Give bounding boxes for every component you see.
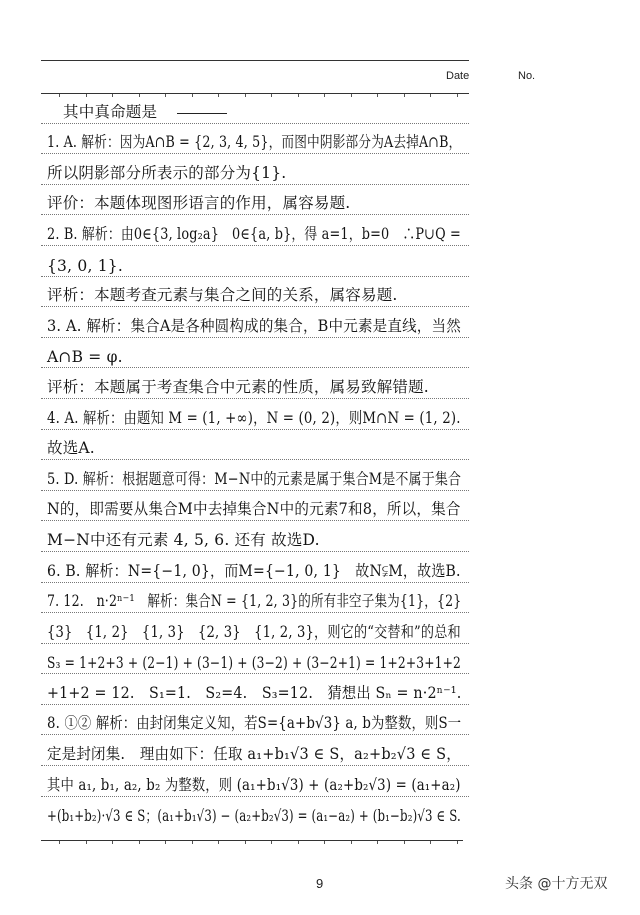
handwritten-line: 1. A. 解析：因为A∩B = {2, 3, 4, 5}，而图中阴影部分为A去… xyxy=(41,124,469,155)
handwritten-line: 其中真命题是 xyxy=(41,93,469,124)
page-number: 9 xyxy=(316,876,323,891)
handwritten-text: 其中 a₁, b₁, a₂, b₂ 为整数，则 (a₁+b₁√3) + (a₂+… xyxy=(47,773,461,795)
bottom-tick-marks xyxy=(41,841,469,845)
handwritten-text: 7. 12. n·2ⁿ⁻¹ 解析：集合N = {1, 2, 3}的所有非空子集为… xyxy=(47,589,461,611)
handwritten-text: 评析：本题属于考查集合中元素的性质，属易致解错题. xyxy=(47,375,429,397)
handwritten-line: +(b₁+b₂)·√3 ∈ S；(a₁+b₁√3) − (a₂+b₂√3) = … xyxy=(41,797,469,828)
handwritten-line: A∩B = φ. xyxy=(41,338,469,369)
date-label: Date xyxy=(446,70,469,82)
tick-mark xyxy=(139,841,140,844)
handwritten-line: 评析：本题考查元素与集合之间的关系，属容易题. xyxy=(41,277,469,308)
tick-mark xyxy=(245,841,246,844)
number-label: No. xyxy=(518,70,535,82)
handwritten-line: {3} {1, 2} {1, 3} {2, 3} {1, 2, 3}，则它的“交… xyxy=(41,613,469,644)
handwritten-line: 所以阴影部分所表示的部分为{1}. xyxy=(41,154,469,185)
handwritten-line: 7. 12. n·2ⁿ⁻¹ 解析：集合N = {1, 2, 3}的所有非空子集为… xyxy=(41,583,469,614)
tick-mark xyxy=(192,841,193,844)
handwritten-text: +(b₁+b₂)·√3 ∈ S；(a₁+b₁√3) − (a₂+b₂√3) = … xyxy=(47,804,461,826)
handwritten-line: {3, 0, 1}. xyxy=(41,246,469,277)
tick-mark xyxy=(86,841,87,844)
handwritten-line: N的，即需要从集合M中去掉集合N中的元素7和8，所以，集合 xyxy=(41,491,469,522)
answer-blank xyxy=(177,113,227,114)
tick-mark xyxy=(165,841,166,844)
tick-mark xyxy=(457,841,458,844)
tick-mark xyxy=(430,841,431,844)
tick-mark xyxy=(298,841,299,844)
handwritten-line: 8. ①② 解析：由封闭集定义知，若S={a+b√3} a, b为整数，则S一 xyxy=(41,705,469,736)
tick-mark xyxy=(377,841,378,844)
handwritten-text: A∩B = φ. xyxy=(47,348,123,366)
handwritten-text: 3. A. 解析：集合A是各种圆构成的集合，B中元素是直线，当然 xyxy=(47,314,461,336)
tick-mark xyxy=(112,841,113,844)
handwritten-line: 评价：本题体现图形语言的作用，属容易题. xyxy=(41,185,469,216)
tick-mark xyxy=(218,841,219,844)
handwritten-text: 故选A. xyxy=(47,436,95,458)
handwritten-text: M−N中还有元素 4, 5, 6. 还有 故选D. xyxy=(47,528,320,550)
tick-mark xyxy=(324,841,325,844)
handwritten-text: S₃ = 1+2+3 + (2−1) + (3−1) + (3−2) + (3−… xyxy=(47,654,461,672)
watermark: 头条 @十方无双 xyxy=(505,873,607,893)
handwritten-text: 评价：本题体现图形语言的作用，属容易题. xyxy=(47,191,350,213)
handwritten-text: 2. B. 解析：由0∈{3, log₂a} 0∈{a, b}，得 a=1，b=… xyxy=(47,222,461,244)
handwritten-line: 5. D. 解析：根据题意可得：M−N中的元素是属于集合M是不属于集合 xyxy=(41,460,469,491)
tick-mark xyxy=(351,841,352,844)
handwritten-line: M−N中还有元素 4, 5, 6. 还有 故选D. xyxy=(41,521,469,552)
handwritten-text: 4. A. 解析：由题知 M = (1, +∞)，N = (0, 2)，则M∩N… xyxy=(47,406,461,428)
handwritten-line: 2. B. 解析：由0∈{3, log₂a} 0∈{a, b}，得 a=1，b=… xyxy=(41,215,469,246)
handwritten-text: 5. D. 解析：根据题意可得：M−N中的元素是属于集合M是不属于集合 xyxy=(47,467,461,489)
handwritten-text: {3, 0, 1}. xyxy=(47,257,123,275)
handwritten-text: 1. A. 解析：因为A∩B = {2, 3, 4, 5}，而图中阴影部分为A去… xyxy=(47,130,461,152)
handwritten-text: 所以阴影部分所表示的部分为{1}. xyxy=(47,161,286,183)
handwritten-line: 其中 a₁, b₁, a₂, b₂ 为整数，则 (a₁+b₁√3) + (a₂+… xyxy=(41,766,469,797)
handwritten-text: {3} {1, 2} {1, 3} {2, 3} {1, 2, 3}，则它的“交… xyxy=(47,620,461,642)
tick-mark xyxy=(59,841,60,844)
handwritten-line: 定是封闭集. 理由如下：任取 a₁+b₁√3 ∈ S，a₂+b₂√3 ∈ S， xyxy=(41,735,469,766)
handwritten-text: 评析：本题考查元素与集合之间的关系，属容易题. xyxy=(47,283,398,305)
handwritten-line: 6. B. 解析：N={−1, 0}，而M={−1, 0, 1} 故N⫋M，故选… xyxy=(41,552,469,583)
handwritten-text: 6. B. 解析：N={−1, 0}，而M={−1, 0, 1} 故N⫋M，故选… xyxy=(47,559,461,581)
handwritten-line: +1+2 = 12. S₁=1. S₂=4. S₃=12. 猜想出 Sₙ = n… xyxy=(41,674,469,705)
top-border-line xyxy=(41,60,469,61)
handwritten-text: +1+2 = 12. S₁=1. S₂=4. S₃=12. 猜想出 Sₙ = n… xyxy=(47,681,461,703)
tick-mark xyxy=(404,841,405,844)
handwritten-text: N的，即需要从集合M中去掉集合N中的元素7和8，所以，集合 xyxy=(47,497,461,519)
tick-mark xyxy=(271,841,272,844)
handwritten-text: 8. ①② 解析：由封闭集定义知，若S={a+b√3} a, b为整数，则S一 xyxy=(47,711,461,733)
handwritten-line: 3. A. 解析：集合A是各种圆构成的集合，B中元素是直线，当然 xyxy=(41,307,469,338)
handwritten-line: 4. A. 解析：由题知 M = (1, +∞)，N = (0, 2)，则M∩N… xyxy=(41,399,469,430)
handwritten-line: S₃ = 1+2+3 + (2−1) + (3−1) + (3−2) + (3−… xyxy=(41,644,469,675)
notebook-page-body: 其中真命题是1. A. 解析：因为A∩B = {2, 3, 4, 5}，而图中阴… xyxy=(41,93,469,827)
handwritten-line: 评析：本题属于考查集合中元素的性质，属易致解错题. xyxy=(41,368,469,399)
handwritten-line: 故选A. xyxy=(41,430,469,461)
handwritten-text: 其中真命题是 xyxy=(63,100,157,122)
handwritten-text: 定是封闭集. 理由如下：任取 a₁+b₁√3 ∈ S，a₂+b₂√3 ∈ S， xyxy=(47,742,461,764)
